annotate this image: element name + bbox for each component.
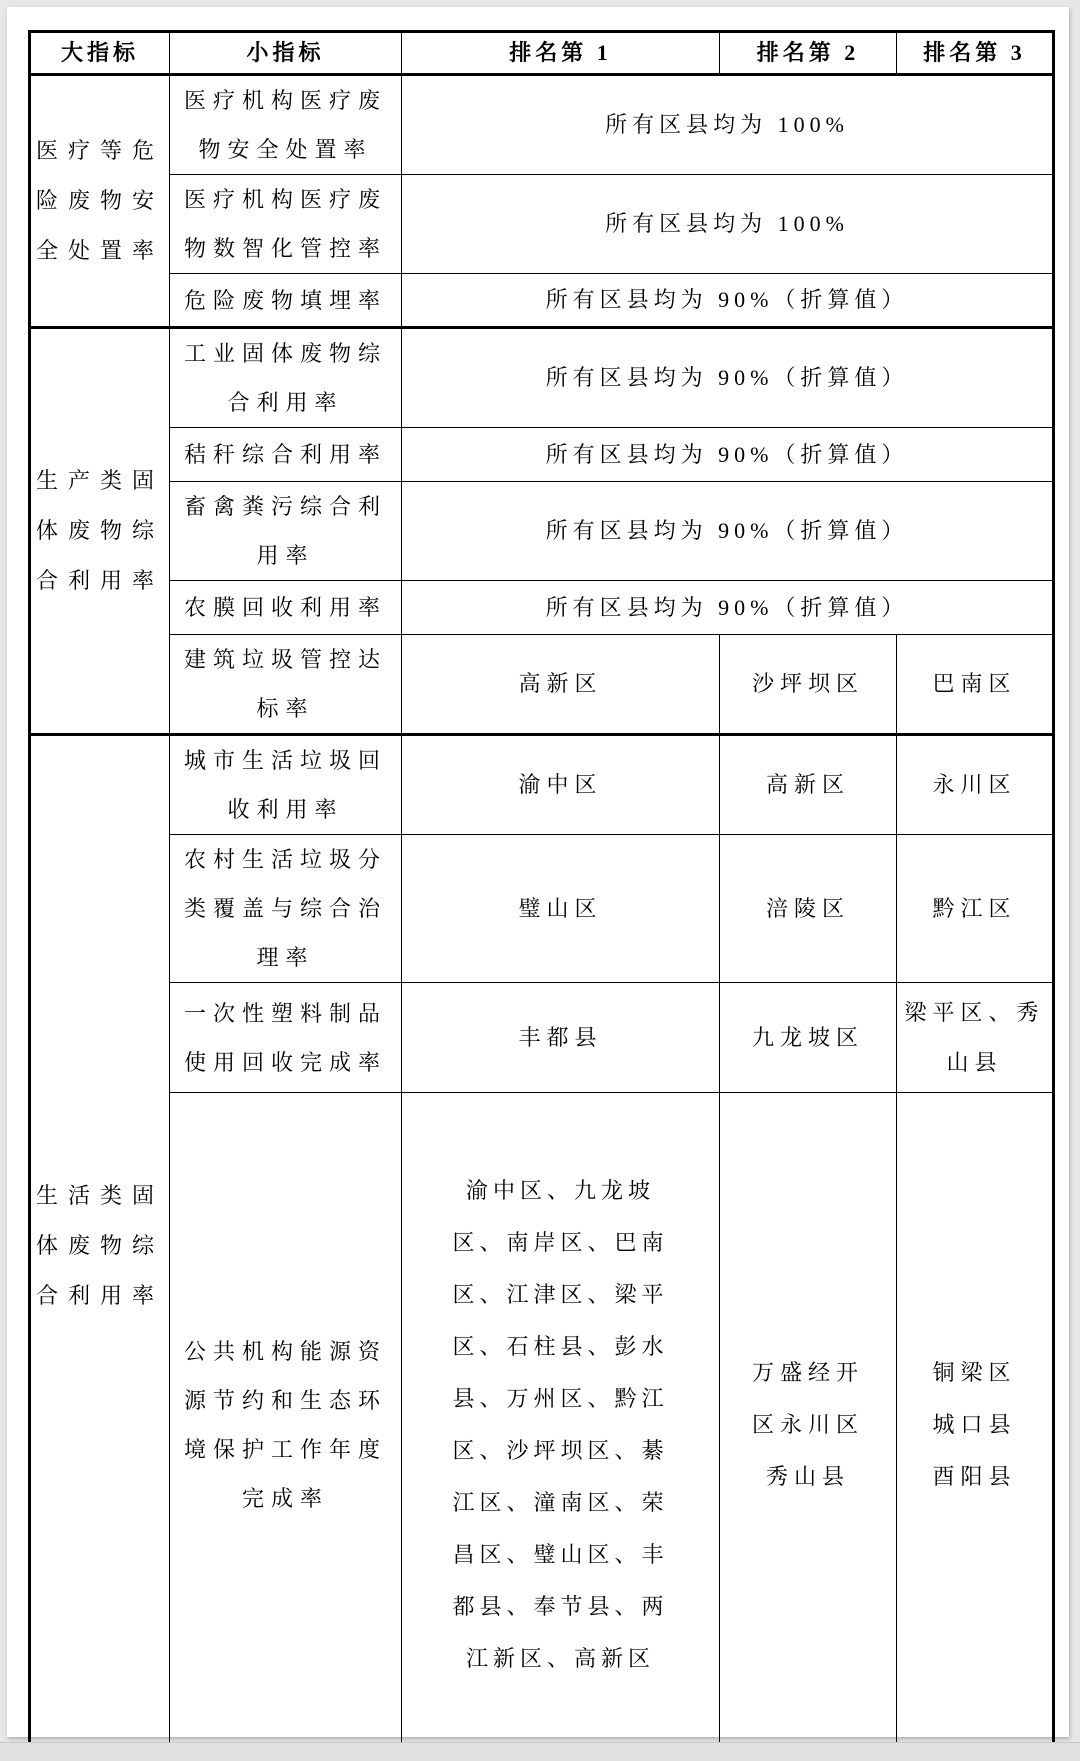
table-row: 农膜回收利用率 所有区县均为 90%（折算值）: [30, 581, 1054, 635]
cell-rank-2: 涪陵区: [720, 835, 897, 983]
cell-small-indicator: 畜禽粪污综合利用率: [170, 482, 402, 581]
cell-rank-1: 丰都县: [402, 983, 720, 1093]
cell-rank-1: 高新区: [402, 635, 720, 735]
ranking-table: 大指标 小指标 排名第 1 排名第 2 排名第 3 医疗等危险废物安全处置率 医…: [28, 30, 1055, 1759]
table-row: 农村生活垃圾分类覆盖与综合治理率 璧山区 涪陵区 黔江区: [30, 835, 1054, 983]
cell-rank-3: 梁平区、秀山县: [897, 983, 1054, 1093]
screenshot-root: { "table": { "headers": ["大指标", "小指标", "…: [0, 0, 1080, 1761]
cell-rank-2: 九龙坡区: [720, 983, 897, 1093]
cell-merged-value: 所有区县均为 90%（折算值）: [402, 482, 1054, 581]
cell-small-indicator: 秸秆综合利用率: [170, 428, 402, 482]
table-row: 畜禽粪污综合利用率 所有区县均为 90%（折算值）: [30, 482, 1054, 581]
cell-big-indicator-production-waste: 生产类固体废物综合利用率: [30, 328, 170, 735]
table-row: 生产类固体废物综合利用率 工业固体废物综合利用率 所有区县均为 90%（折算值）: [30, 328, 1054, 428]
cell-small-indicator: 农村生活垃圾分类覆盖与综合治理率: [170, 835, 402, 983]
cell-small-indicator: 城市生活垃圾回收利用率: [170, 735, 402, 835]
table-header-row: 大指标 小指标 排名第 1 排名第 2 排名第 3: [30, 32, 1054, 75]
cell-merged-value: 所有区县均为 100%: [402, 175, 1054, 274]
table-row: 生活类固体废物综合利用率 城市生活垃圾回收利用率 渝中区 高新区 永川区: [30, 735, 1054, 835]
cell-small-indicator: 医疗机构医疗废物数智化管控率: [170, 175, 402, 274]
document-page: 大指标 小指标 排名第 1 排名第 2 排名第 3 医疗等危险废物安全处置率 医…: [7, 7, 1069, 1737]
cell-rank-3: 巴南区: [897, 635, 1054, 735]
header-rank-1: 排名第 1: [402, 32, 720, 75]
cell-small-indicator: 工业固体废物综合利用率: [170, 328, 402, 428]
rank-1-district-list: 渝中区、九龙坡区、南岸区、巴南区、江津区、梁平区、石柱县、彭水县、万州区、黔江区…: [446, 1165, 676, 1685]
page-bottom-edge: [0, 1742, 1080, 1761]
cell-merged-value: 所有区县均为 100%: [402, 75, 1054, 175]
header-big-indicator: 大指标: [30, 32, 170, 75]
cell-rank-3: 铜梁区 城口县 酉阳县: [897, 1093, 1054, 1758]
cell-merged-value: 所有区县均为 90%（折算值）: [402, 328, 1054, 428]
cell-small-indicator: 一次性塑料制品使用回收完成率: [170, 983, 402, 1093]
cell-small-indicator: 公共机构能源资源节约和生态环境保护工作年度完成率: [170, 1093, 402, 1758]
table-row: 建筑垃圾管控达标率 高新区 沙坪坝区 巴南区: [30, 635, 1054, 735]
header-rank-3: 排名第 3: [897, 32, 1054, 75]
cell-big-indicator-domestic-waste: 生活类固体废物综合利用率: [30, 735, 170, 1758]
header-small-indicator: 小指标: [170, 32, 402, 75]
cell-rank-1: 渝中区、九龙坡区、南岸区、巴南区、江津区、梁平区、石柱县、彭水县、万州区、黔江区…: [402, 1093, 720, 1758]
cell-rank-3: 黔江区: [897, 835, 1054, 983]
cell-rank-2: 万盛经开区永川区秀山县: [720, 1093, 897, 1758]
cell-merged-value: 所有区县均为 90%（折算值）: [402, 428, 1054, 482]
cell-merged-value: 所有区县均为 90%（折算值）: [402, 274, 1054, 328]
table-row: 公共机构能源资源节约和生态环境保护工作年度完成率 渝中区、九龙坡区、南岸区、巴南…: [30, 1093, 1054, 1758]
rank-2-district-list: 万盛经开区永川区秀山县: [744, 1347, 872, 1503]
cell-small-indicator: 建筑垃圾管控达标率: [170, 635, 402, 735]
cell-small-indicator: 农膜回收利用率: [170, 581, 402, 635]
cell-small-indicator: 危险废物填埋率: [170, 274, 402, 328]
cell-big-indicator-medical-waste: 医疗等危险废物安全处置率: [30, 75, 170, 328]
cell-rank-2: 高新区: [720, 735, 897, 835]
table-row: 医疗等危险废物安全处置率 医疗机构医疗废物安全处置率 所有区县均为 100%: [30, 75, 1054, 175]
rank-3-district-list: 铜梁区 城口县 酉阳县: [903, 1347, 1046, 1503]
table-row: 秸秆综合利用率 所有区县均为 90%（折算值）: [30, 428, 1054, 482]
table-row: 一次性塑料制品使用回收完成率 丰都县 九龙坡区 梁平区、秀山县: [30, 983, 1054, 1093]
table-row: 危险废物填埋率 所有区县均为 90%（折算值）: [30, 274, 1054, 328]
cell-rank-3: 永川区: [897, 735, 1054, 835]
table-row: 医疗机构医疗废物数智化管控率 所有区县均为 100%: [30, 175, 1054, 274]
cell-rank-1: 渝中区: [402, 735, 720, 835]
cell-small-indicator: 医疗机构医疗废物安全处置率: [170, 75, 402, 175]
header-rank-2: 排名第 2: [720, 32, 897, 75]
cell-rank-1: 璧山区: [402, 835, 720, 983]
cell-rank-2: 沙坪坝区: [720, 635, 897, 735]
cell-merged-value: 所有区县均为 90%（折算值）: [402, 581, 1054, 635]
